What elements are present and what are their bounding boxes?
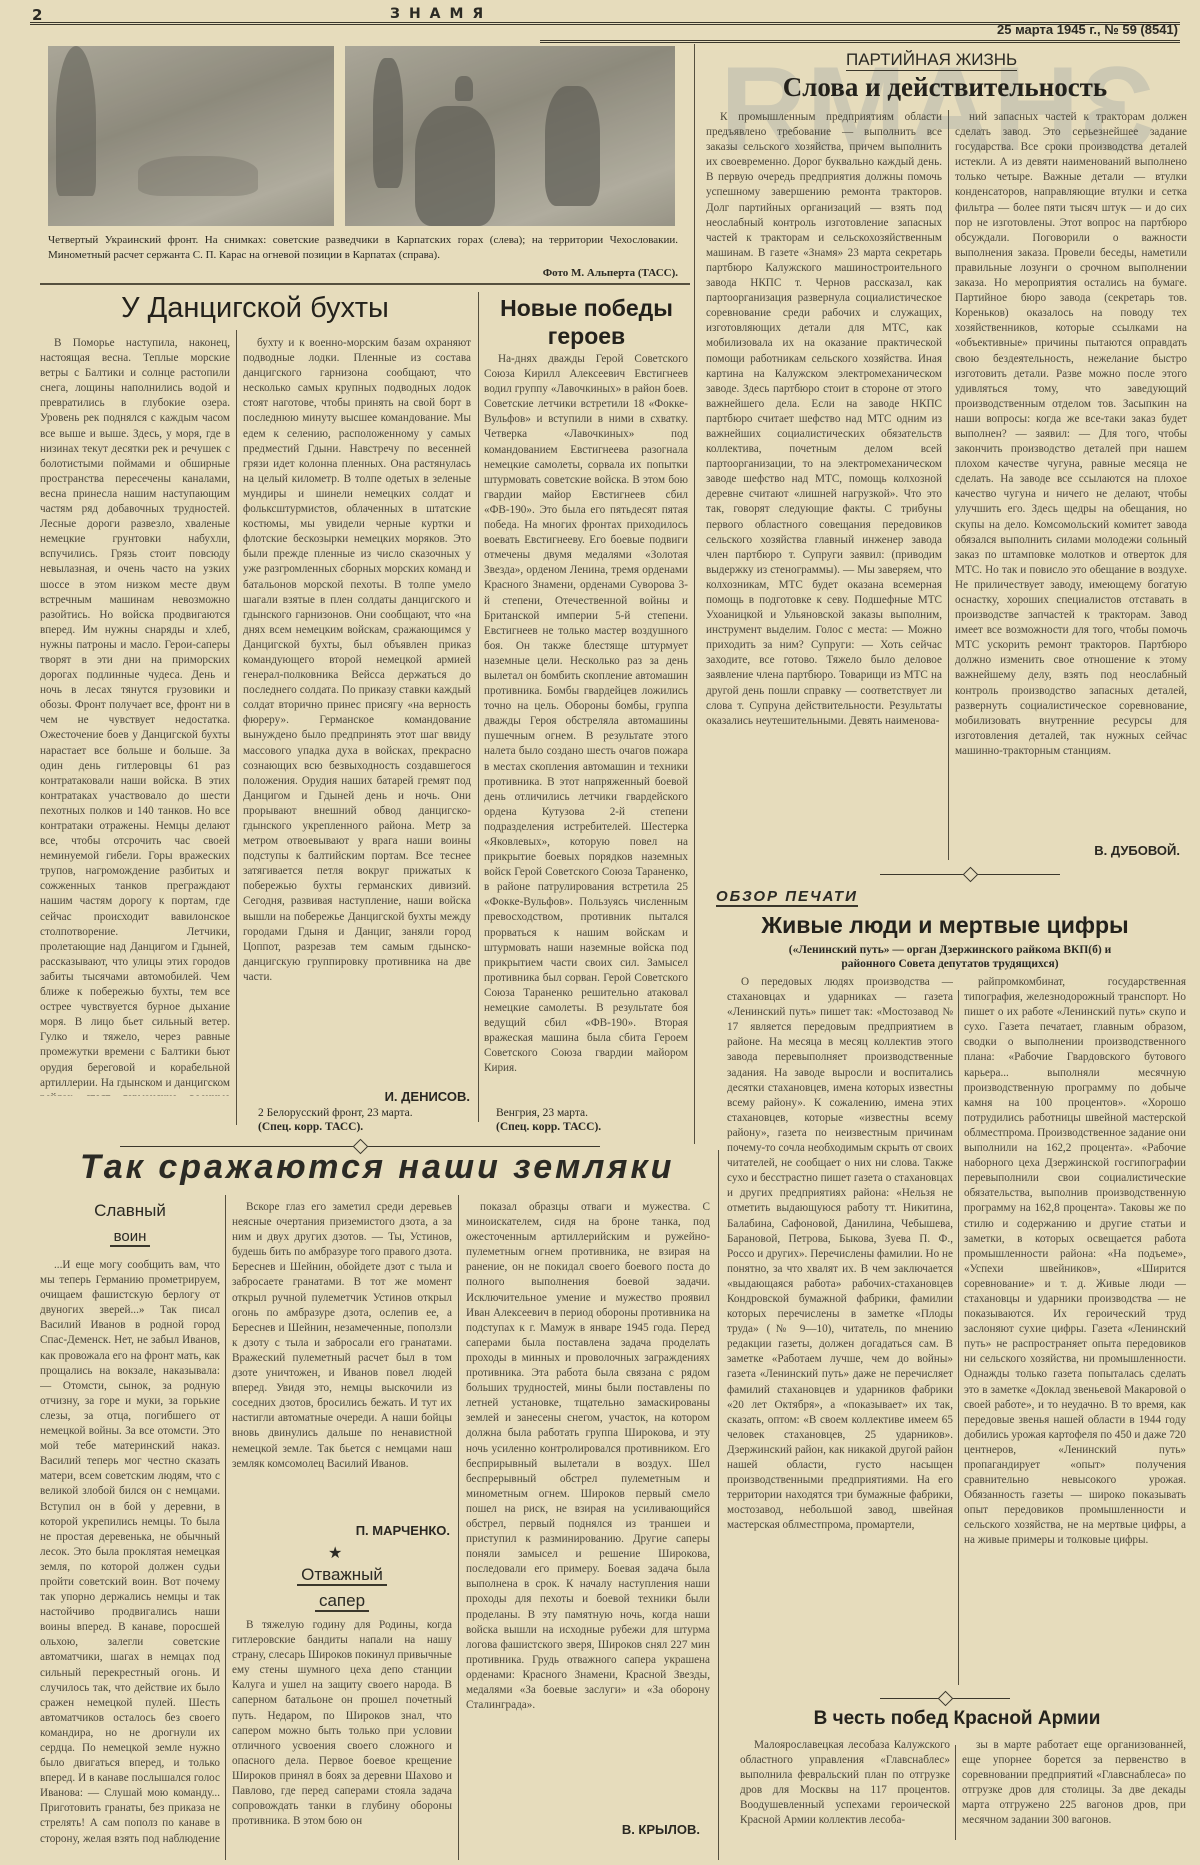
column-rule [236,330,237,1125]
title-line: Новые победы [484,294,689,322]
divider [40,283,690,285]
column-rule [225,1195,226,1860]
source-heroes: (Спец. корр. ТАСС). [496,1120,601,1135]
title-line: сапер [315,1591,369,1612]
author-marchenko: П. МАРЧЕНКО. [300,1523,450,1538]
article-title-sapper: Отважный сапер [232,1562,452,1614]
author-dubovoy: В. ДУБОВОЙ. [1060,843,1180,858]
masthead: ЗНАМЯ [390,6,492,22]
article-title-danzig: У Данцигской бухты [40,292,470,325]
article-title-press: Живые люди и мертвые цифры [705,912,1185,939]
author-krylov: В. КРЫЛОВ. [580,1822,700,1837]
article-subtitle-press: («Ленинский путь» — орган Дзержинского р… [770,943,1130,971]
star-icon: ★ [328,1543,342,1563]
title-line: воин [110,1228,151,1247]
column-rule [694,44,695,1144]
article-body-sapper-col3: показал образцы отваги и мужества. С мин… [466,1200,710,1825]
photo-caption: Четвертый Украинский фронт. На снимках: … [48,233,678,263]
column-rule [458,1195,459,1860]
article-body-warrior-col2: Вскоре глаз его заметил среди деревьев н… [232,1200,452,1500]
source-danzig: (Спец. корр. ТАСС). [258,1120,363,1135]
article-body-warrior-col1: ...И еще могу сообщить вам, что мы тепер… [40,1258,220,1848]
article-body-party-col1: К промышленным предприятиям области пред… [706,110,942,862]
article-title-heroes: Новые победы героев [484,294,689,350]
section-banner-countrymen: Так сражаются наши земляки [80,1148,700,1187]
title-line: Отважный [297,1565,387,1586]
article-body-press-col1: О передовых людях производства — стахано… [727,975,953,1680]
photo-mortar-crew [345,46,675,226]
photo-credit: Фото М. Альперта (ТАСС). [430,266,678,281]
rubric-party-life: ПАРТИЙНАЯ ЖИЗНЬ [846,50,1017,71]
article-body-honor-col1: Малоярославецкая лесобаза Калужского обл… [740,1738,950,1838]
title-line: героев [484,322,689,350]
column-rule [958,990,959,1685]
column-rule [718,1150,719,1860]
rubric-press-review: ОБЗОР ПЕЧАТИ [716,888,858,907]
title-line: Славный [40,1198,220,1224]
article-body-party-col2: ний запасных частей к тракторам должен с… [955,110,1187,830]
article-title-honor: В честь побед Красной Армии [727,1708,1187,1730]
article-body-danzig-col2: бухту и к военно-морским базам охраняют … [243,336,471,1096]
divider-ornament [880,868,1060,880]
article-title-party: Слова и действительность [705,72,1185,103]
dateline: 25 марта 1945 г., № 59 (8541) [997,22,1178,37]
column-rule [948,110,949,860]
article-title-warrior: Славный воин [40,1198,220,1250]
photo-scouts [48,46,334,226]
column-rule [478,292,479,1122]
article-body-sapper-col2: В тяжелую годину для Родины, когда гитле… [232,1618,452,1858]
article-body-press-col2: райпромкомбинат, государственная типогра… [964,975,1186,1680]
article-body-honor-col2: зы в марте работает еще организованней, … [962,1738,1186,1838]
article-body-danzig-col1: В Поморье наступила, наконец, настоящая … [40,336,230,1096]
divider-ornament [880,1692,1010,1704]
dateline-danzig: 2 Белорусский фронт, 23 марта. [258,1106,413,1121]
dateline-heroes: Венгрия, 23 марта. [496,1106,588,1121]
column-rule [955,1745,956,1840]
article-body-heroes: На-днях дважды Герой Советского Союза Ки… [484,352,688,1092]
author-denisov: И. ДЕНИСОВ. [360,1089,470,1104]
